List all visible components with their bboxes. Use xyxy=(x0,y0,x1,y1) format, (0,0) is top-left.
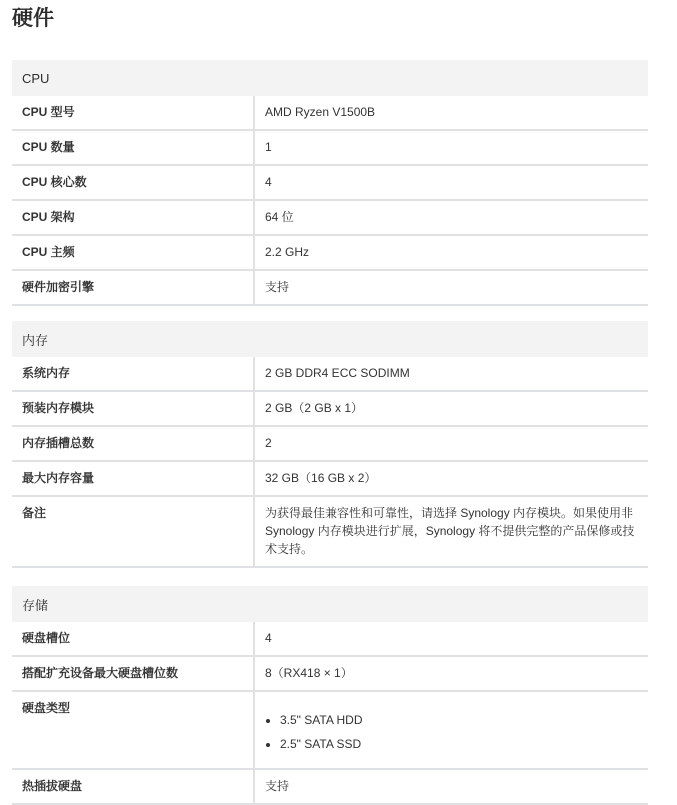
storage-spec-table: 存储 硬盘槽位 4 搭配扩充设备最大硬盘槽位数 8（RX418 × 1） 硬盘类… xyxy=(12,586,648,785)
spec-value: 2 GB DDR4 ECC SODIMM xyxy=(254,357,648,391)
spec-value-list: 3.5" SATA HDD 2.5" SATA SSD xyxy=(254,691,648,769)
spec-value: 4 xyxy=(254,622,648,656)
table-row: 预装内存模块 2 GB（2 GB x 1） xyxy=(12,391,648,426)
spec-label: CPU 架构 xyxy=(12,200,254,235)
table-row: 硬件加密引擎 支持 xyxy=(12,270,648,305)
spec-value: 8（RX418 × 1） xyxy=(254,656,648,691)
spec-value: 64 位 xyxy=(254,200,648,235)
cpu-spec-table: CPU CPU 型号 AMD Ryzen V1500B CPU 数量 1 CPU… xyxy=(12,60,648,306)
spec-value: 2 GB（2 GB x 1） xyxy=(254,391,648,426)
spec-label: 硬盘槽位 xyxy=(12,622,254,656)
spec-label: CPU 核心数 xyxy=(12,165,254,200)
spec-note: 为获得最佳兼容性和可靠性，请选择 Synology 内存模块。如果使用非 Syn… xyxy=(254,496,648,567)
section-title: 存储 xyxy=(12,586,648,622)
section-header-memory: 内存 xyxy=(12,321,648,357)
table-row: 内存插槽总数 2 xyxy=(12,426,648,461)
table-row: CPU 数量 1 xyxy=(12,130,648,165)
section-title: CPU xyxy=(12,60,648,96)
list-item: 2.5" SATA SSD xyxy=(280,732,638,756)
spec-value: 32 GB（16 GB x 2） xyxy=(254,461,648,496)
spec-label: 备注 xyxy=(12,496,254,567)
memory-spec-table: 内存 系统内存 2 GB DDR4 ECC SODIMM 预装内存模块 2 GB… xyxy=(12,321,648,568)
spec-label: 内存插槽总数 xyxy=(12,426,254,461)
spec-value: 2.2 GHz xyxy=(254,235,648,270)
table-row: 硬盘类型 3.5" SATA HDD 2.5" SATA SSD xyxy=(12,691,648,769)
spec-value: AMD Ryzen V1500B xyxy=(254,96,648,130)
spec-value: 支持 xyxy=(254,270,648,305)
spec-label: 硬件加密引擎 xyxy=(12,270,254,305)
section-header-storage: 存储 xyxy=(12,586,648,622)
spec-label: 预装内存模块 xyxy=(12,391,254,426)
table-row: 硬盘槽位 4 xyxy=(12,622,648,656)
spec-label: 搭配扩充设备最大硬盘槽位数 xyxy=(12,656,254,691)
table-row: 最大内存容量 32 GB（16 GB x 2） xyxy=(12,461,648,496)
spec-label: CPU 数量 xyxy=(12,130,254,165)
table-row: CPU 架构 64 位 xyxy=(12,200,648,235)
table-row: 搭配扩充设备最大硬盘槽位数 8（RX418 × 1） xyxy=(12,656,648,691)
spec-label: 最大内存容量 xyxy=(12,461,254,496)
drive-type-list: 3.5" SATA HDD 2.5" SATA SSD xyxy=(265,708,638,756)
section-header-cpu: CPU xyxy=(12,60,648,96)
table-row: CPU 型号 AMD Ryzen V1500B xyxy=(12,96,648,130)
table-row: CPU 核心数 4 xyxy=(12,165,648,200)
page-title: 硬件 xyxy=(12,5,54,33)
table-row: 热插拔硬盘 支持 xyxy=(12,769,648,785)
spec-label: 热插拔硬盘 xyxy=(12,769,254,785)
spec-value: 支持 xyxy=(254,769,648,785)
spec-label: CPU 型号 xyxy=(12,96,254,130)
table-row: CPU 主频 2.2 GHz xyxy=(12,235,648,270)
spec-value: 1 xyxy=(254,130,648,165)
section-title: 内存 xyxy=(12,321,648,357)
table-row: 备注 为获得最佳兼容性和可靠性，请选择 Synology 内存模块。如果使用非 … xyxy=(12,496,648,567)
spec-value: 4 xyxy=(254,165,648,200)
spec-label: CPU 主频 xyxy=(12,235,254,270)
spec-label: 系统内存 xyxy=(12,357,254,391)
spec-value: 2 xyxy=(254,426,648,461)
list-item: 3.5" SATA HDD xyxy=(280,708,638,732)
table-row: 系统内存 2 GB DDR4 ECC SODIMM xyxy=(12,357,648,391)
spec-label: 硬盘类型 xyxy=(12,691,254,769)
